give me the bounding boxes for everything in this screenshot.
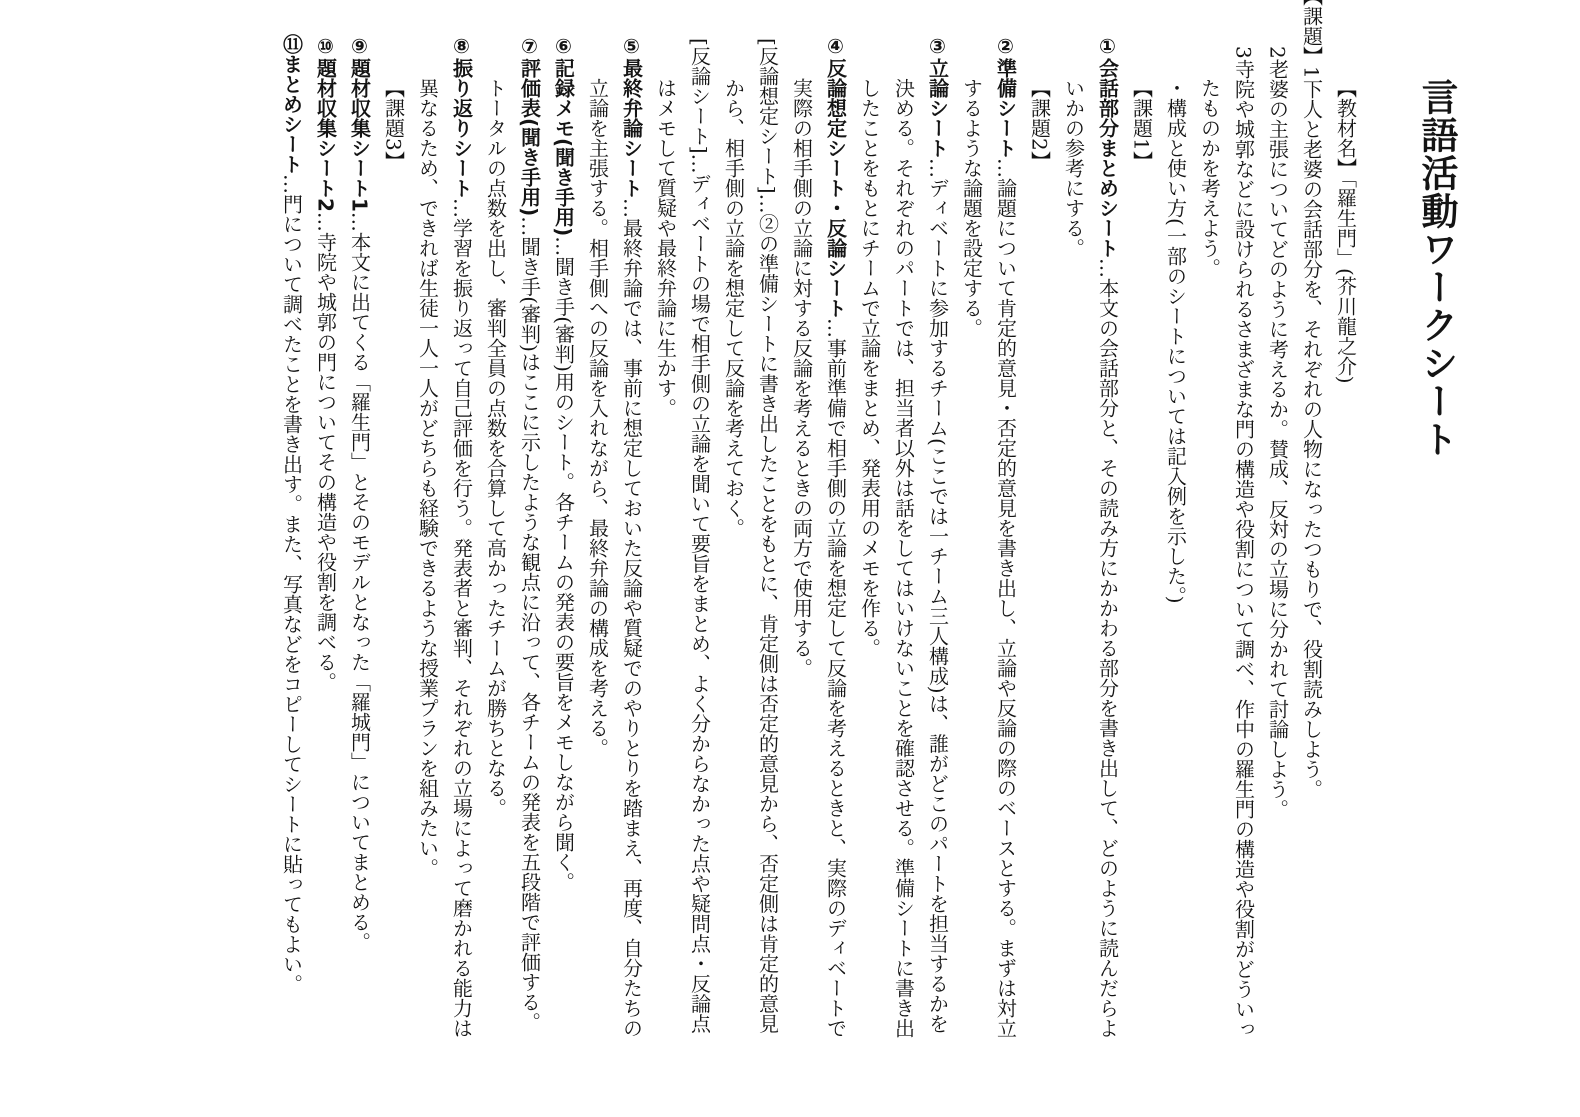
material-value: 「羅生門」(芥川龍之介) xyxy=(1334,178,1358,384)
item-description: …本文に出てくる「羅生門」とそのモデルとなった「羅城門」についてまとめる。 xyxy=(348,212,372,952)
task-item-1: 【課題】1下人と老婆の会話部分を、それぞれの人物になったつもりで、役割読みしよう… xyxy=(1295,78,1329,1047)
item-number: ⑨ xyxy=(348,34,372,58)
task-item-2: 2老婆の主張についてどのように考えるか。賛成、反対の立場に分かれて討論しよう。 xyxy=(1261,78,1295,1047)
sheet-item-8: ⑧振り返りシート…学習を振り返って自己評価を行う。発表者と審判、それぞれの立場に… xyxy=(411,78,479,1047)
sheet-item-9: ⑨題材収集シート1…本文に出てくる「羅生門」とそのモデルとなった「羅城門」につい… xyxy=(343,78,377,1047)
item-description: …ディベートに参加するチーム(ここでは一チーム三人構成)は、誰がどこのパートを担… xyxy=(858,78,950,1038)
task-text: 2老婆の主張についてどのように考えるか。賛成、反対の立場に分かれて討論しよう。 xyxy=(1266,46,1290,819)
sheet-item-6-title: ⑥記録メモ(聞き手用) xyxy=(552,34,576,236)
subitem-description: …ディベートの場で相手側の立論を聞いて要旨をまとめ、よく分からなかった点や疑問点… xyxy=(654,78,712,1034)
item-name: 立論シート xyxy=(926,58,950,158)
section-kadai-1: 【課題1】 ①会話部分まとめシート…本文の会話部分と、その読み方にかかわる部分を… xyxy=(1057,78,1159,1047)
sheet-item-10: ⑩題材収集シート2…寺院や城郭の門についてその構造や役割を調べる。 xyxy=(309,78,343,1047)
sheet-item-7: ⑦評価表(聞き手用)…聞き手(審判)はここに示したような観点に沿って、各チームの… xyxy=(479,78,547,1047)
item-number: ⑧ xyxy=(450,34,474,58)
sheet-item-9-title: ⑨題材収集シート1 xyxy=(348,34,372,212)
sheet-item-4-title: ④反論想定シート・反論シート xyxy=(824,34,848,318)
sheet-item-4-sub-1: [反論想定シート]…②の準備シートに書き出したことをもとに、肯定側は否定的意見か… xyxy=(717,78,785,1047)
sheet-item-3: ③立論シート…ディベートに参加するチーム(ここでは一チーム三人構成)は、誰がどこ… xyxy=(853,78,955,1047)
sheet-item-11-title: ⑪まとめシート xyxy=(280,34,304,174)
sheet-item-11: ⑪まとめシート…門について調べたことを書き出す。また、写真などをコピーしてシート… xyxy=(275,78,309,1047)
task-list-label: 【課題】 xyxy=(1300,0,1324,66)
item-description: …論題について肯定的意見・否定的意見を書き出し、立論や反論の際のベースとする。ま… xyxy=(960,78,1018,1038)
item-description: …寺院や城郭の門についてその構造や役割を調べる。 xyxy=(314,212,338,692)
item-number: ③ xyxy=(926,34,950,58)
item-description: …聞き手(審判)はここに示したような観点に沿って、各チームの発表を五段階で評価す… xyxy=(484,78,542,1032)
sheet-item-6: ⑥記録メモ(聞き手用)…聞き手(審判)用のシート。各チームの発表の要旨をメモしな… xyxy=(547,78,581,1047)
sheet-item-1: ①会話部分まとめシート…本文の会話部分と、その読み方にかかわる部分を書き出して、… xyxy=(1057,78,1125,1047)
section-heading-kadai-1: 【課題1】 xyxy=(1125,78,1159,1047)
worksheet-page: 言語活動ワークシート 【教材名】「羅生門」(芥川龍之介) 【課題】1下人と老婆の… xyxy=(0,0,1580,1117)
task-text: 1下人と老婆の会話部分を、それぞれの人物になったつもりで、役割読みしよう。 xyxy=(1300,66,1324,799)
item-name: 記録メモ(聞き手用) xyxy=(552,58,576,236)
item-description: …学習を振り返って自己評価を行う。発表者と審判、それぞれの立場によって磨かれる能… xyxy=(416,78,474,1038)
item-description: …門について調べたことを書き出す。また、写真などをコピーしてシートに貼ってもよい… xyxy=(280,174,304,994)
item-name: 評価表(聞き手用) xyxy=(518,58,542,216)
sheet-item-5-title: ⑤最終弁論シート xyxy=(620,34,644,198)
task-list: 【課題】1下人と老婆の会話部分を、それぞれの人物になったつもりで、役割読みしよう… xyxy=(1193,78,1329,1047)
item-number: ⑩ xyxy=(314,34,338,58)
sheet-item-7-title: ⑦評価表(聞き手用) xyxy=(518,34,542,216)
item-number: ① xyxy=(1096,34,1120,58)
item-name: 最終弁論シート xyxy=(620,58,644,198)
item-description: …最終弁論では、事前に想定しておいた反論や質疑でのやりとりを踏まえ、再度、自分た… xyxy=(586,78,644,1038)
document-title: 言語活動ワークシート xyxy=(1409,78,1465,1047)
sheet-item-10-title: ⑩題材収集シート2 xyxy=(314,34,338,212)
sheet-item-2-title: ②準備シート xyxy=(994,34,1018,158)
sheet-item-4-sub-2: [反論シート]…ディベートの場で相手側の立論を聞いて要旨をまとめ、よく分からなか… xyxy=(649,78,717,1047)
task-text: 3寺院や城郭などに設けられるさまざまな門の構造や役割について調べ、作中の羅生門の… xyxy=(1198,46,1256,1039)
item-name: 反論想定シート・反論シート xyxy=(824,58,848,318)
section-kadai-3: 【課題3】 ⑨題材収集シート1…本文に出てくる「羅生門」とそのモデルとなった「羅… xyxy=(275,78,411,1047)
item-name: 会話部分まとめシート xyxy=(1096,58,1120,258)
material-line: 【教材名】「羅生門」(芥川龍之介) xyxy=(1329,78,1363,1047)
item-number: ⑦ xyxy=(518,34,542,58)
material-label: 【教材名】 xyxy=(1334,78,1358,178)
item-name: まとめシート xyxy=(280,54,304,174)
section-kadai-2: 【課題2】 ②準備シート…論題について肯定的意見・否定的意見を書き出し、立論や反… xyxy=(411,78,1057,1047)
item-description: …聞き手(審判)用のシート。各チームの発表の要旨をメモしながら聞く。 xyxy=(552,236,576,892)
subitem-name: [反論想定シート] xyxy=(756,38,780,194)
item-number: ⑥ xyxy=(552,34,576,58)
item-name: 振り返りシート xyxy=(450,58,474,198)
item-number: ⑪ xyxy=(280,34,304,54)
sheet-item-3-title: ③立論シート xyxy=(926,34,950,158)
item-name: 準備シート xyxy=(994,58,1018,158)
section-heading-kadai-3: 【課題3】 xyxy=(377,78,411,1047)
section-heading-kadai-2: 【課題2】 xyxy=(1023,78,1057,1047)
subitem-name: [反論シート] xyxy=(688,38,712,154)
sheet-item-2: ②準備シート…論題について肯定的意見・否定的意見を書き出し、立論や反論の際のベー… xyxy=(955,78,1023,1047)
item-number: ⑤ xyxy=(620,34,644,58)
sheet-item-1-title: ①会話部分まとめシート xyxy=(1096,34,1120,258)
item-name: 題材収集シート2 xyxy=(314,58,338,212)
usage-note: ・構成と使い方(一部のシートについては記入例を示した。) xyxy=(1159,78,1193,1047)
sheet-item-5: ⑤最終弁論シート…最終弁論では、事前に想定しておいた反論や質疑でのやりとりを踏ま… xyxy=(581,78,649,1047)
task-item-3: 3寺院や城郭などに設けられるさまざまな門の構造や役割について調べ、作中の羅生門の… xyxy=(1193,78,1261,1047)
sheet-item-8-title: ⑧振り返りシート xyxy=(450,34,474,198)
item-number: ④ xyxy=(824,34,848,58)
item-number: ② xyxy=(994,34,1018,58)
subitem-description: …②の準備シートに書き出したことをもとに、肯定側は否定的意見から、否定側は肯定的… xyxy=(722,78,780,1034)
sheet-item-4: ④反論想定シート・反論シート…事前準備で相手側の立論を想定して反論を考えるときと… xyxy=(785,78,853,1047)
item-name: 題材収集シート1 xyxy=(348,58,372,212)
